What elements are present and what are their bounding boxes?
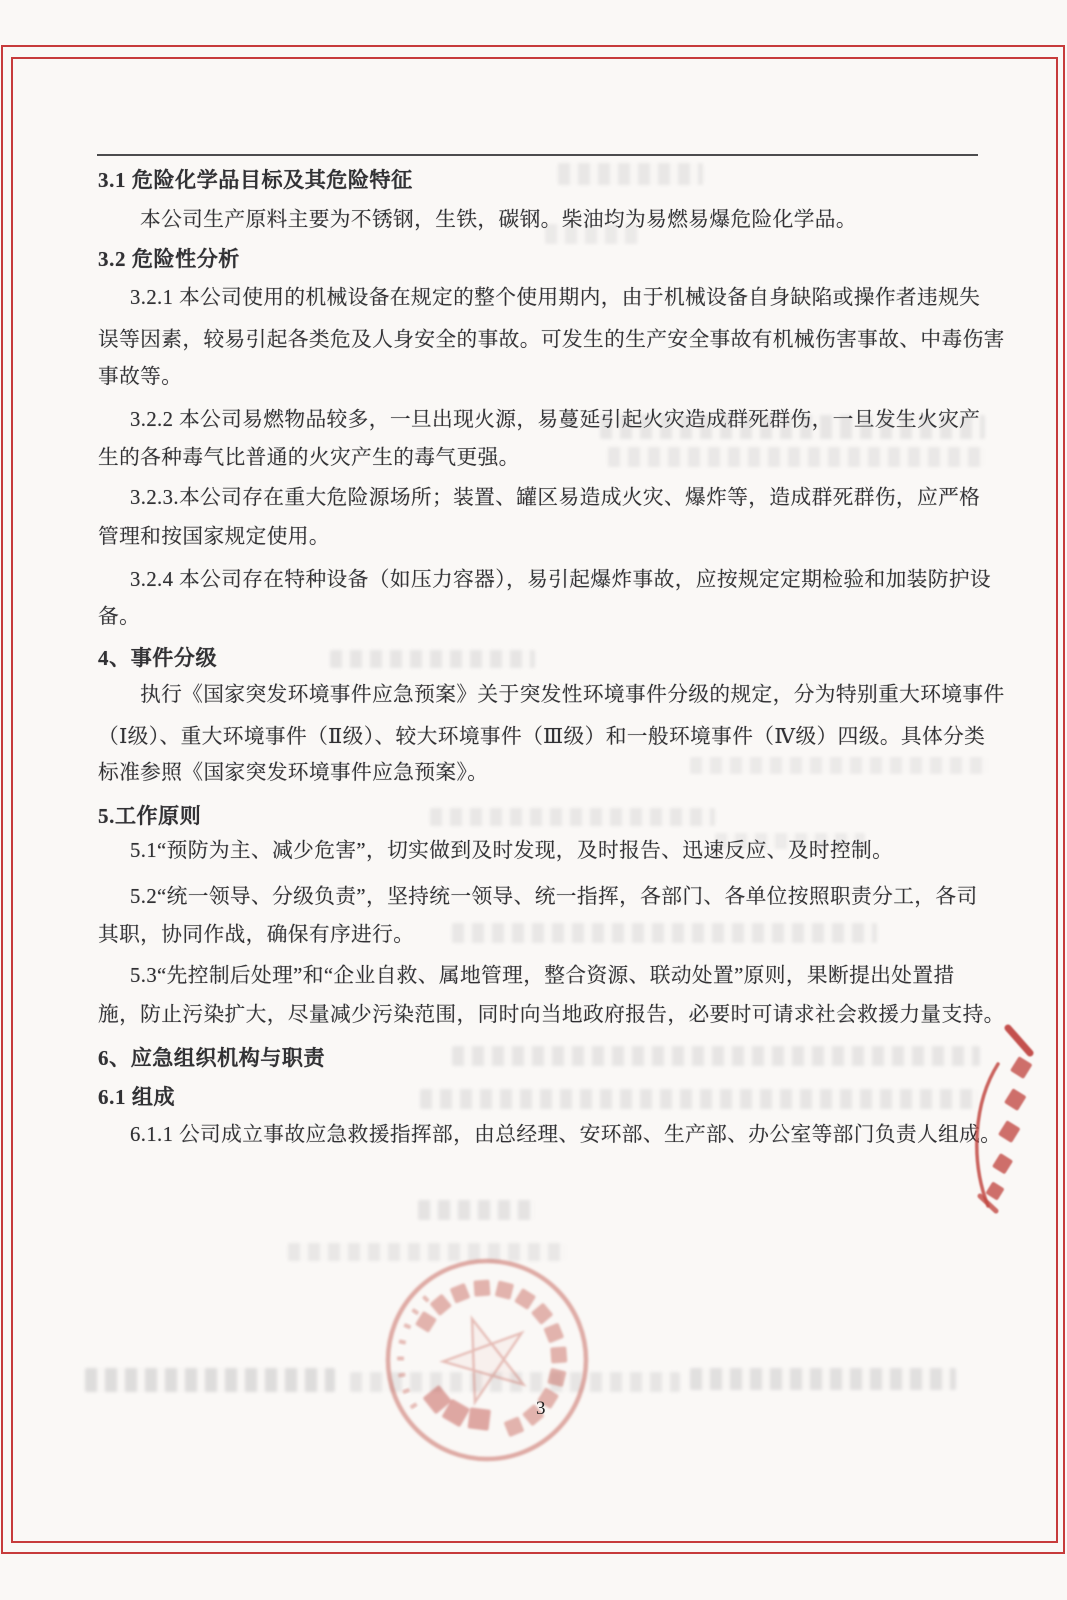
bleedthrough-artifact bbox=[418, 1200, 536, 1220]
stamp-diagonal-stroke bbox=[1008, 1028, 1030, 1053]
page-number: 3 bbox=[536, 1398, 546, 1420]
bleedthrough-artifact bbox=[452, 1046, 980, 1066]
body-line: 生的各种毒气比普通的火灾产生的毒气更强。 bbox=[98, 444, 520, 472]
body-line: 3.2.1 本公司使用的机械设备在规定的整个使用期内，由于机械设备自身缺陷或操作… bbox=[130, 284, 980, 312]
heading-line: 3.1 危险化学品目标及其危险特征 bbox=[98, 166, 413, 194]
bleedthrough-artifact bbox=[420, 1089, 980, 1109]
company-seal-stamp bbox=[372, 1245, 602, 1475]
body-line: 施，防止污染扩大，尽量减少污染范围，同时向当地政府报告，必要时可请求社会救援力量… bbox=[98, 1001, 1005, 1029]
bleedthrough-artifact bbox=[608, 447, 986, 467]
edge-stamp-fragment bbox=[966, 1018, 1066, 1218]
bleedthrough-artifact bbox=[715, 833, 865, 849]
bleedthrough-artifact bbox=[690, 1368, 956, 1390]
heading-line: 6.1 组成 bbox=[98, 1083, 175, 1111]
bleedthrough-artifact bbox=[452, 923, 877, 943]
body-line: 6.1.1 公司成立事故应急救援指挥部，由总经理、安环部、生产部、办公室等部门负… bbox=[130, 1121, 1001, 1149]
bleedthrough-artifact bbox=[690, 757, 990, 774]
body-line: 执行《国家突发环境事件应急预案》关于突发性环境事件分级的规定，分为特别重大环境事… bbox=[140, 681, 1005, 709]
scanned-document-page: { "page": { "number": "3", "background_c… bbox=[0, 0, 1067, 1600]
bleedthrough-artifact bbox=[558, 163, 703, 185]
body-line: 标准参照《国家突发环境事件应急预案》。 bbox=[98, 759, 488, 787]
bleedthrough-artifact bbox=[330, 650, 535, 668]
heading-line: 4、事件分级 bbox=[98, 644, 217, 672]
seal-star bbox=[443, 1319, 524, 1403]
body-line: 误等因素，较易引起各类危及人身安全的事故。可发生的生产安全事故有机械伤害事故、中… bbox=[98, 326, 1005, 354]
bleedthrough-artifact bbox=[85, 1368, 335, 1392]
body-line: 3.2.4 本公司存在特种设备（如压力容器），易引起爆炸事故，应按规定定期检验和… bbox=[130, 566, 991, 594]
body-line: （Ⅰ级）、重大环境事件（Ⅱ级）、较大环境事件（Ⅲ级）和一般环境事件（Ⅳ级）四级。… bbox=[98, 723, 985, 751]
body-line: 其职，协同作战，确保有序进行。 bbox=[98, 921, 414, 949]
heading-line: 5.工作原则 bbox=[98, 802, 201, 830]
heading-line: 3.2 危险性分析 bbox=[98, 245, 240, 273]
body-line: 3.2.3.本公司存在重大危险源场所；装置、罐区易造成火灾、爆炸等，造成群死群伤… bbox=[130, 484, 980, 512]
body-line: 本公司生产原料主要为不锈钢，生铁，碳钢。柴油均为易燃易爆危险化学品。 bbox=[140, 206, 857, 234]
bleedthrough-artifact bbox=[545, 224, 640, 244]
header-rule bbox=[97, 154, 978, 156]
bleedthrough-artifact bbox=[600, 415, 985, 439]
body-line: 事故等。 bbox=[98, 363, 182, 391]
body-line: 管理和按国家规定使用。 bbox=[98, 523, 330, 551]
bleedthrough-artifact bbox=[430, 808, 715, 826]
heading-line: 6、应急组织机构与职责 bbox=[98, 1044, 325, 1072]
body-line: 5.3“先控制后处理”和“企业自救、属地管理，整合资源、联动处置”原则，果断提出… bbox=[130, 962, 955, 990]
body-line: 备。 bbox=[98, 603, 140, 631]
body-line: 5.2“统一领导、分级负责”，坚持统一领导、统一指挥，各部门、各单位按照职责分工… bbox=[130, 883, 978, 911]
